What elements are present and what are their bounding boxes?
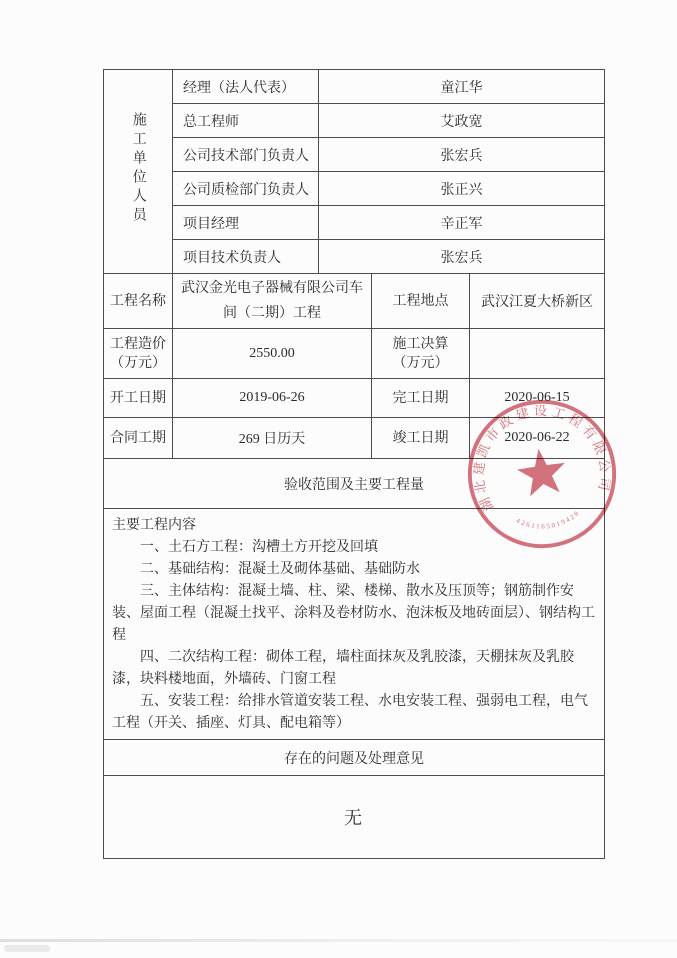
content-item-earthwork: 一、土石方工程：沟槽土方开挖及回填 xyxy=(112,537,596,559)
final-account-label: 施工决算 （万元） xyxy=(372,329,470,379)
table-row: 合同工期 269 日历天 竣工日期 2020-06-22 xyxy=(104,418,605,459)
scanned-document-page: 施工单位人员 经理（法人代表） 童江华 总工程师 艾政宽 公司技术部门负责人 张… xyxy=(0,0,677,958)
table-row: 工程名称 武汉金光电子器械有限公司车间（二期）工程 工程地点 武汉江夏大桥新区 xyxy=(104,274,605,329)
project-location-value: 武汉江夏大桥新区 xyxy=(470,274,605,329)
table-row: 主要工程内容 一、土石方工程：沟槽土方开挖及回填 二、基础结构：混凝土及砌体基础… xyxy=(104,509,605,740)
contract-duration-value: 269 日历天 xyxy=(173,418,372,459)
scan-shadow-line xyxy=(0,939,677,942)
manager-value: 童江华 xyxy=(319,70,605,104)
project-location-label: 工程地点 xyxy=(372,274,470,329)
project-name-value: 武汉金光电子器械有限公司车间（二期）工程 xyxy=(173,274,372,329)
table-row: 无 xyxy=(104,776,605,859)
table-row: 开工日期 2019-06-26 完工日期 2020-06-15 xyxy=(104,379,605,418)
tech-dept-head-value: 张宏兵 xyxy=(319,138,605,172)
table-row: 存在的问题及处理意见 xyxy=(104,740,605,776)
content-item-installation: 五、安装工程：给排水管道安装工程、水电安装工程、强弱电工程，电气工程（开关、插座… xyxy=(112,691,596,735)
project-tech-lead-value: 张宏兵 xyxy=(319,240,605,274)
project-manager-label: 项目经理 xyxy=(173,206,319,240)
start-date-label: 开工日期 xyxy=(104,379,173,418)
table-row: 总工程师 艾政宽 xyxy=(104,104,605,138)
completion-date-label: 竣工日期 xyxy=(372,418,470,459)
tech-dept-head-label: 公司技术部门负责人 xyxy=(173,138,319,172)
table-row: 项目技术负责人 张宏兵 xyxy=(104,240,605,274)
acceptance-scope-header: 验收范围及主要工程量 xyxy=(104,459,605,509)
project-name-label: 工程名称 xyxy=(104,274,173,329)
content-item-secondary-structure: 四、二次结构工程：砌体工程，墙柱面抹灰及乳胶漆，天棚抹灰及乳胶漆，块料楼地面，外… xyxy=(112,647,596,691)
table-row: 公司质检部门负责人 张正兴 xyxy=(104,172,605,206)
acceptance-form-table: 施工单位人员 经理（法人代表） 童江华 总工程师 艾政宽 公司技术部门负责人 张… xyxy=(103,69,605,859)
final-account-value xyxy=(470,329,605,379)
completion-date-value: 2020-06-22 xyxy=(470,418,605,459)
table-row: 验收范围及主要工程量 xyxy=(104,459,605,509)
main-work-content-cell: 主要工程内容 一、土石方工程：沟槽土方开挖及回填 二、基础结构：混凝土及砌体基础… xyxy=(104,509,605,740)
qc-dept-head-label: 公司质检部门负责人 xyxy=(173,172,319,206)
project-manager-value: 辛正军 xyxy=(319,206,605,240)
problems-value: 无 xyxy=(104,776,605,859)
chief-engineer-value: 艾政宽 xyxy=(319,104,605,138)
start-date-value: 2019-06-26 xyxy=(173,379,372,418)
chief-engineer-label: 总工程师 xyxy=(173,104,319,138)
scan-shadow-blob xyxy=(4,945,50,952)
problems-header: 存在的问题及处理意见 xyxy=(104,740,605,776)
finish-date-value: 2020-06-15 xyxy=(470,379,605,418)
content-item-foundation: 二、基础结构：混凝土及砌体基础、基础防水 xyxy=(112,559,596,581)
content-title: 主要工程内容 xyxy=(112,515,596,537)
manager-label: 经理（法人代表） xyxy=(173,70,319,104)
table-row: 公司技术部门负责人 张宏兵 xyxy=(104,138,605,172)
content-item-main-structure: 三、主体结构：混凝土墙、柱、梁、楼梯、散水及压顶等；钢筋制作安装、屋面工程（混凝… xyxy=(112,581,596,647)
personnel-group-label: 施工单位人员 xyxy=(104,70,173,274)
contract-duration-label: 合同工期 xyxy=(104,418,173,459)
table-row: 工程造价 （万元） 2550.00 施工决算 （万元） xyxy=(104,329,605,379)
table-row: 施工单位人员 经理（法人代表） 童江华 xyxy=(104,70,605,104)
qc-dept-head-value: 张正兴 xyxy=(319,172,605,206)
project-tech-lead-label: 项目技术负责人 xyxy=(173,240,319,274)
table-row: 项目经理 辛正军 xyxy=(104,206,605,240)
project-cost-value: 2550.00 xyxy=(173,329,372,379)
finish-date-label: 完工日期 xyxy=(372,379,470,418)
project-cost-label: 工程造价 （万元） xyxy=(104,329,173,379)
personnel-group-label-text: 施工单位人员 xyxy=(130,112,145,226)
